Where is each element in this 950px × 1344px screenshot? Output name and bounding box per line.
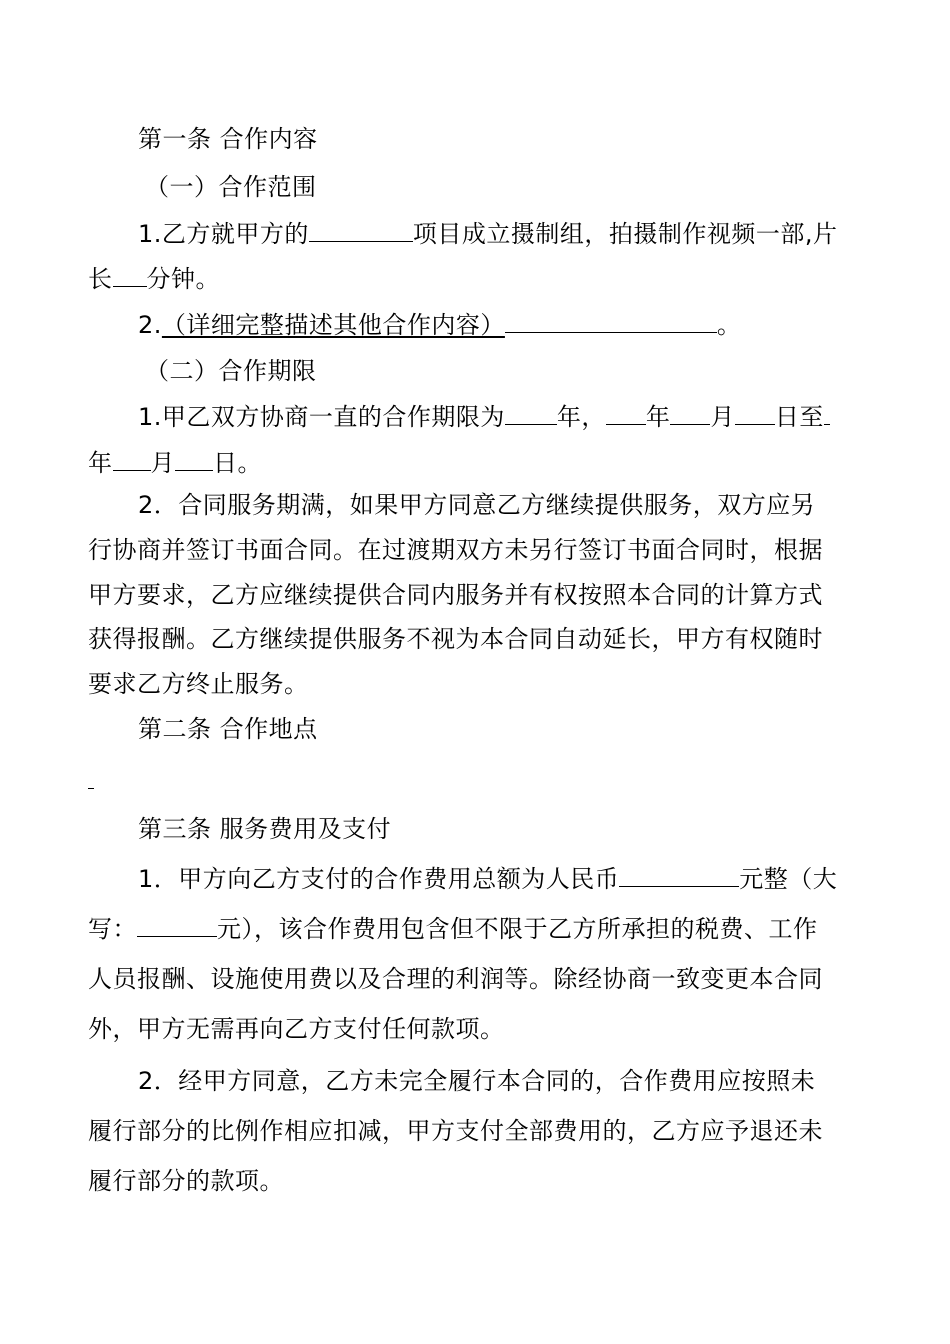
- article3-p1-line3: 人员报酬、设施使用费以及合理的利润等。除经协商一致变更本合同: [88, 964, 823, 994]
- article1-item1-line2: 长分钟。: [88, 264, 220, 294]
- stray-mark: [88, 788, 94, 789]
- blank-field: [670, 402, 710, 425]
- underlined-placeholder: （详细完整描述其他合作内容）: [162, 311, 505, 339]
- blank-field: [505, 312, 717, 333]
- text: 1.乙方就甲方的: [138, 220, 309, 248]
- blank-field: [137, 914, 217, 937]
- text: 日。: [213, 449, 262, 477]
- article1-item1-line1: 1.乙方就甲方的项目成立摄制组，拍摄制作视频一部,片: [138, 219, 838, 249]
- text: 写：: [88, 915, 137, 943]
- text: 1.甲乙双方协商一直的合作期限为: [138, 403, 505, 431]
- text: 日至: [775, 403, 824, 431]
- article1-subsection1: （一）合作范围: [145, 172, 317, 202]
- text: 。: [717, 311, 742, 339]
- article1-term2-line3: 甲方要求，乙方应继续提供合同内服务并有权按照本合同的计算方式: [88, 580, 823, 610]
- blank-field: [113, 448, 151, 471]
- article1-heading: 第一条 合作内容: [138, 124, 318, 154]
- article1-subsection2: （二）合作期限: [145, 356, 317, 386]
- blank-field: [113, 264, 147, 287]
- blank-field: [824, 402, 830, 425]
- article1-term1-line2: 年月日。: [88, 448, 262, 478]
- text: 1．甲方向乙方支付的合作费用总额为人民币: [138, 865, 619, 893]
- article1-term1-line1: 1.甲乙双方协商一直的合作期限为年，年月日至: [138, 402, 830, 432]
- blank-field: [735, 402, 775, 425]
- blank-field: [175, 448, 213, 471]
- article3-p2-line2: 履行部分的比例作相应扣减，甲方支付全部费用的，乙方应予退还未: [88, 1116, 823, 1146]
- blank-field: [309, 219, 413, 242]
- text: 月: [710, 403, 735, 431]
- article3-p1-line4: 外，甲方无需再向乙方支付任何款项。: [88, 1014, 505, 1044]
- text: 长: [88, 265, 113, 293]
- article3-p2-line1: 2．经甲方同意，乙方未完全履行本合同的，合作费用应按照未: [138, 1066, 815, 1096]
- text: 2.: [138, 311, 162, 339]
- article1-term2-line5: 要求乙方终止服务。: [88, 669, 309, 699]
- article3-p1-line1: 1．甲方向乙方支付的合作费用总额为人民币元整（大: [138, 864, 837, 894]
- text: 元），该合作费用包含但不限于乙方所承担的税费、工作: [217, 915, 818, 943]
- article1-term2-line1: 2．合同服务期满，如果甲方同意乙方继续提供服务，双方应另: [138, 490, 815, 520]
- text: 项目成立摄制组，拍摄制作视频一部,片: [413, 220, 838, 248]
- article3-p2-line3: 履行部分的款项。: [88, 1166, 284, 1196]
- text: 月: [151, 449, 176, 477]
- blank-field: [619, 864, 739, 887]
- article1-item2: 2.（详细完整描述其他合作内容）。: [138, 310, 741, 340]
- article1-term2-line4: 获得报酬。乙方继续提供服务不视为本合同自动延长，甲方有权随时: [88, 624, 823, 654]
- article3-heading: 第三条 服务费用及支付: [138, 814, 391, 844]
- text: 分钟。: [147, 265, 221, 293]
- text: 年: [88, 449, 113, 477]
- blank-field: [606, 402, 646, 425]
- article3-p1-line2: 写：元），该合作费用包含但不限于乙方所承担的税费、工作: [88, 914, 818, 944]
- article2-heading: 第二条 合作地点: [138, 714, 318, 744]
- text: 年: [646, 403, 671, 431]
- text: 年，: [557, 403, 606, 431]
- blank-field: [505, 402, 557, 425]
- article1-term2-line2: 行协商并签订书面合同。在过渡期双方未另行签订书面合同时，根据: [88, 535, 823, 565]
- text: 元整（大: [739, 865, 837, 893]
